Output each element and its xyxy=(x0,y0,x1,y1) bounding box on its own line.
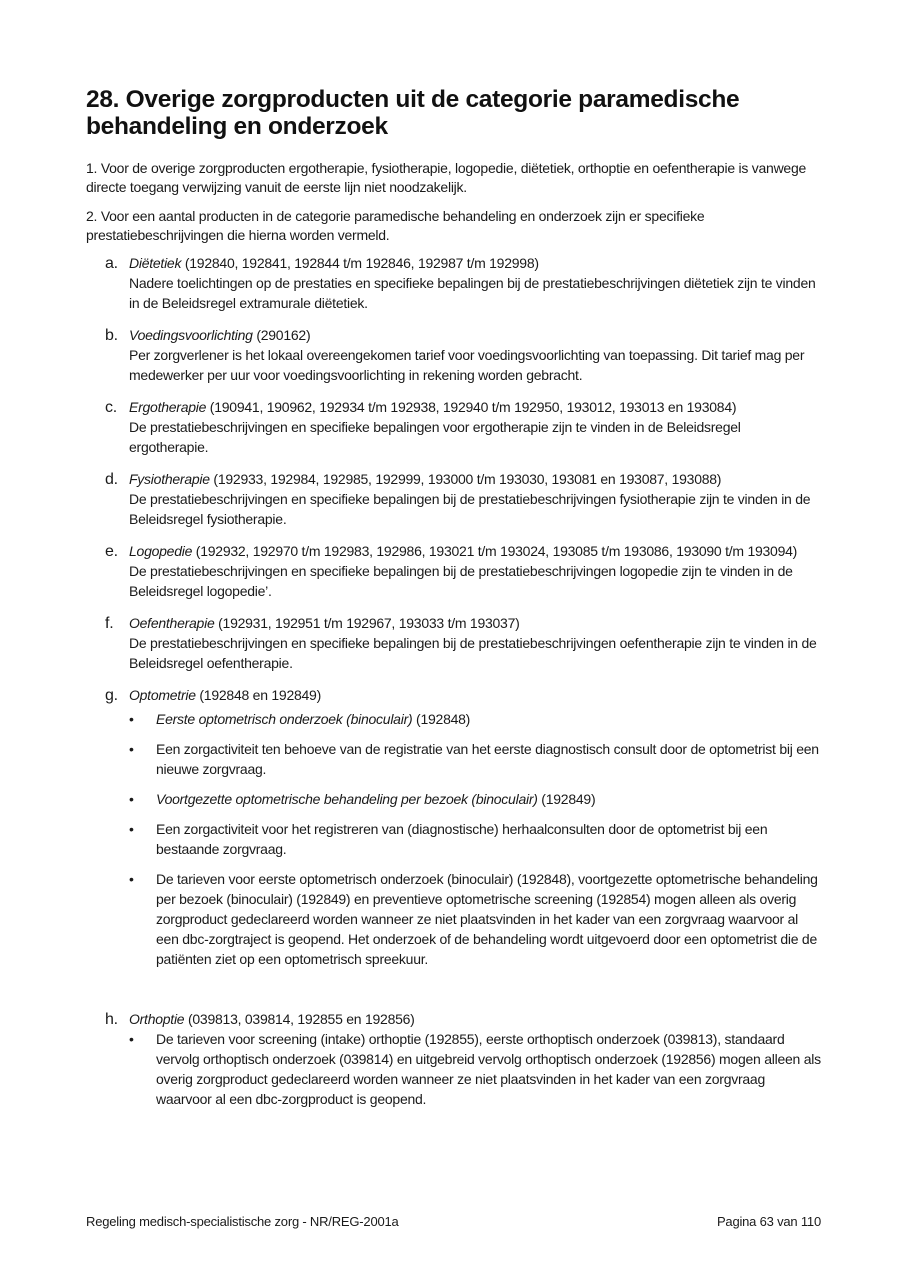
bullet-item: • De tarieven voor screening (intake) or… xyxy=(129,1029,821,1109)
footer-page-number: Pagina 63 van 110 xyxy=(717,1214,821,1229)
list-marker: a. xyxy=(105,254,118,274)
bullet-text: Een zorgactiviteit ten behoeve van de re… xyxy=(156,741,819,777)
item-text: De prestatiebeschrijvingen en specifieke… xyxy=(129,563,793,599)
item-codes: (192931, 192951 t/m 192967, 193033 t/m 1… xyxy=(214,615,519,631)
item-codes: (192933, 192984, 192985, 192999, 193000 … xyxy=(210,471,721,487)
list-marker: f. xyxy=(105,614,113,634)
bullet-text: De tarieven voor eerste optometrisch ond… xyxy=(156,871,818,967)
footer-document-title: Regeling medisch-specialistische zorg - … xyxy=(86,1214,399,1229)
list-item-ergotherapie: c. Ergotherapie (190941, 190962, 192934 … xyxy=(86,397,821,457)
bullet-text: De tarieven voor screening (intake) orth… xyxy=(156,1031,821,1107)
bullet-icon: • xyxy=(129,869,134,889)
item-codes: (290162) xyxy=(253,327,311,343)
item-title: Orthoptie xyxy=(129,1011,184,1027)
bullet-icon: • xyxy=(129,789,134,809)
paragraph-2: 2. Voor een aantal producten in de categ… xyxy=(86,207,821,245)
bullet-text: Een zorgactiviteit voor het registreren … xyxy=(156,821,767,857)
list-marker: d. xyxy=(105,470,118,490)
list-marker: g. xyxy=(105,686,118,706)
bullet-italic-text: Voortgezette optometrische behandeling p… xyxy=(156,791,538,807)
orthoptie-bullets: • De tarieven voor screening (intake) or… xyxy=(129,1029,821,1109)
item-text: De prestatiebeschrijvingen en specifieke… xyxy=(129,491,810,527)
bullet-item: • Eerste optometrisch onderzoek (binocul… xyxy=(129,709,821,729)
optometrie-bullets: • Eerste optometrisch onderzoek (binocul… xyxy=(129,709,821,969)
list-item-voedingsvoorlichting: b. Voedingsvoorlichting (290162) Per zor… xyxy=(86,325,821,385)
item-codes: (039813, 039814, 192855 en 192856) xyxy=(184,1011,414,1027)
item-text: De prestatiebeschrijvingen en specifieke… xyxy=(129,635,817,671)
item-codes: (190941, 190962, 192934 t/m 192938, 1929… xyxy=(206,399,736,415)
item-text: De prestatiebeschrijvingen en specifieke… xyxy=(129,419,741,455)
bullet-item: • Een zorgactiviteit voor het registrere… xyxy=(129,819,821,859)
list-item-oefentherapie: f. Oefentherapie (192931, 192951 t/m 192… xyxy=(86,613,821,673)
bullet-text: (192848) xyxy=(412,711,470,727)
list-marker: h. xyxy=(105,1010,118,1030)
bullet-icon: • xyxy=(129,819,134,839)
bullet-icon: • xyxy=(129,709,134,729)
bullet-italic-text: Eerste optometrisch onderzoek (binoculai… xyxy=(156,711,412,727)
list-item-optometrie: g. Optometrie (192848 en 192849) • Eerst… xyxy=(86,685,821,969)
item-text: Nadere toelichtingen op de prestaties en… xyxy=(129,275,816,311)
list-item-logopedie: e. Logopedie (192932, 192970 t/m 192983,… xyxy=(86,541,821,601)
bullet-icon: • xyxy=(129,1029,134,1049)
item-title: Fysiotherapie xyxy=(129,471,210,487)
list-marker: c. xyxy=(105,398,117,418)
item-title: Voedingsvoorlichting xyxy=(129,327,253,343)
item-title: Ergotherapie xyxy=(129,399,206,415)
bullet-text: (192849) xyxy=(538,791,596,807)
document-page: 28. Overige zorgproducten uit de categor… xyxy=(86,86,821,1121)
list-marker: b. xyxy=(105,326,118,346)
item-codes: (192932, 192970 t/m 192983, 192986, 1930… xyxy=(192,543,797,559)
item-title: Logopedie xyxy=(129,543,192,559)
item-title: Diëtetiek xyxy=(129,255,181,271)
bullet-item: • Voortgezette optometrische behandeling… xyxy=(129,789,821,809)
section-heading: 28. Overige zorgproducten uit de categor… xyxy=(86,86,821,140)
bullet-item: • Een zorgactiviteit ten behoeve van de … xyxy=(129,739,821,779)
list-item-fysiotherapie: d. Fysiotherapie (192933, 192984, 192985… xyxy=(86,469,821,529)
paragraph-1: 1. Voor de overige zorgproducten ergothe… xyxy=(86,159,821,197)
bullet-item: • De tarieven voor eerste optometrisch o… xyxy=(129,869,821,969)
list-item-dietetiek: a. Diëtetiek (192840, 192841, 192844 t/m… xyxy=(86,253,821,313)
list-marker: e. xyxy=(105,542,118,562)
page-footer: Regeling medisch-specialistische zorg - … xyxy=(86,1214,821,1229)
product-list: a. Diëtetiek (192840, 192841, 192844 t/m… xyxy=(86,253,821,1109)
item-title: Oefentherapie xyxy=(129,615,214,631)
bullet-icon: • xyxy=(129,739,134,759)
item-title: Optometrie xyxy=(129,687,196,703)
item-text: Per zorgverlener is het lokaal overeenge… xyxy=(129,347,804,383)
item-codes: (192840, 192841, 192844 t/m 192846, 1929… xyxy=(181,255,539,271)
list-item-orthoptie: h. Orthoptie (039813, 039814, 192855 en … xyxy=(86,1009,821,1109)
item-codes: (192848 en 192849) xyxy=(196,687,321,703)
